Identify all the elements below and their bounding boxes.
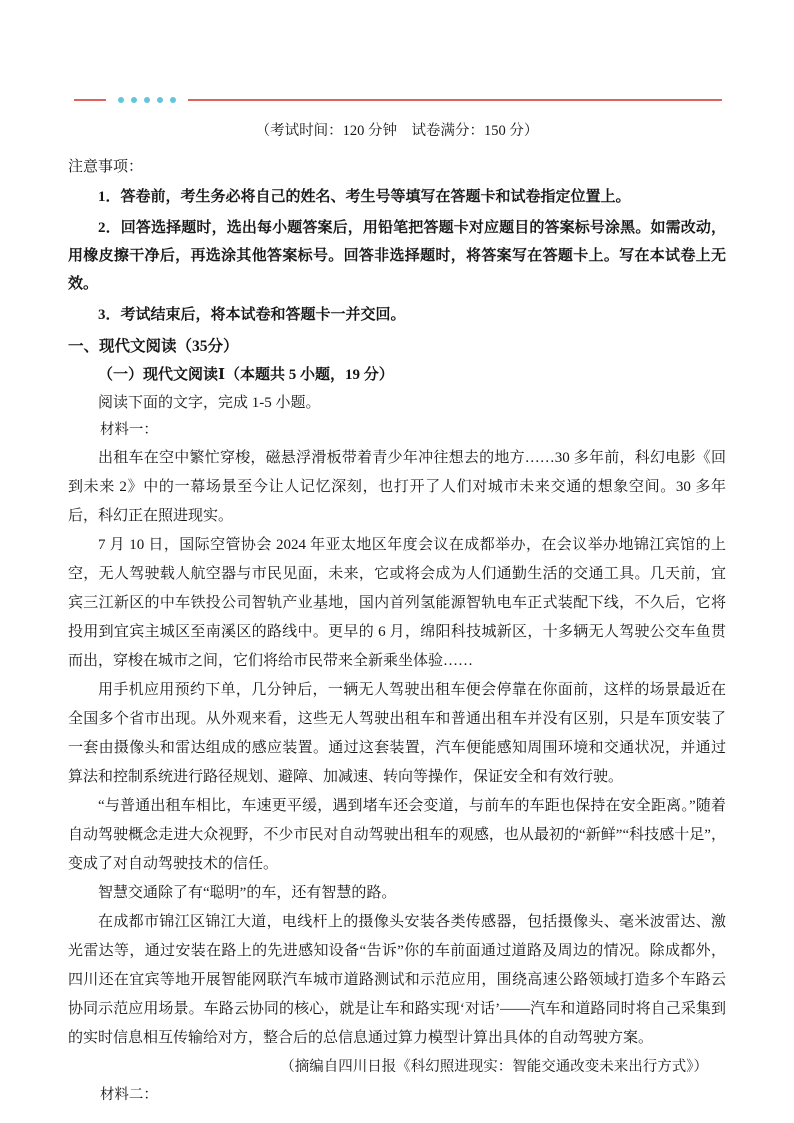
decor-dot	[131, 97, 137, 103]
material-1-paragraph: 智慧交通除了有“聪明”的车，还有智慧的路。	[68, 879, 726, 908]
material-1-paragraph: 用手机应用预约下单，几分钟后，一辆无人驾驶出租车便会停靠在你面前，这样的场景最近…	[68, 676, 726, 792]
subsection-heading-reading-1: （一）现代文阅读Ⅰ（本题共 5 小题，19 分）	[68, 361, 726, 389]
material-1-label: 材料一：	[68, 417, 726, 444]
decor-dot	[144, 97, 150, 103]
exam-time-score-line: （考试时间：120 分钟 试卷满分：150 分）	[68, 120, 726, 142]
notice-item-3: 3．考试结束后，将本试卷和答题卡一并交回。	[68, 301, 726, 329]
material-1-paragraph: 7 月 10 日，国际空管协会 2024 年亚太地区年度会议在成都举办，在会议举…	[68, 531, 726, 676]
notice-title: 注意事项：	[68, 154, 726, 180]
material-1-paragraph: 出租车在空中繁忙穿梭，磁悬浮滑板带着青少年冲往想去的地方……30 多年前，科幻电…	[68, 444, 726, 531]
section-heading-modern-reading: 一、现代文阅读（35分）	[68, 333, 726, 361]
reading-instruction: 阅读下面的文字，完成 1-5 小题。	[68, 389, 726, 417]
material-2-label: 材料二：	[68, 1082, 726, 1109]
material-1-source: （摘编自四川日报《科幻照进现实：智能交通改变未来出行方式》）	[68, 1053, 726, 1082]
decor-dot	[170, 97, 176, 103]
header-decoration	[74, 96, 722, 104]
decor-dots	[118, 97, 176, 103]
decor-dot	[157, 97, 163, 103]
notice-item-1: 1．答卷前，考生务必将自己的姓名、考生号等填写在答题卡和试卷指定位置上。	[68, 183, 726, 211]
exam-paper-page: （考试时间：120 分钟 试卷满分：150 分） 注意事项： 1．答卷前，考生务…	[0, 0, 794, 1123]
material-1-paragraph: “与普通出租车相比，车速更平缓，遇到堵车还会变道，与前车的车距也保持在安全距离。…	[68, 792, 726, 879]
notice-item-2: 2．回答选择题时，选出每小题答案后，用铅笔把答题卡对应题目的答案标号涂黑。如需改…	[68, 214, 726, 298]
decor-dot	[118, 97, 124, 103]
decor-long-line	[188, 99, 722, 101]
decor-short-line	[74, 99, 106, 101]
material-1-paragraph: 在成都市锦江区锦江大道，电线杆上的摄像头安装各类传感器，包括摄像头、毫米波雷达、…	[68, 908, 726, 1053]
